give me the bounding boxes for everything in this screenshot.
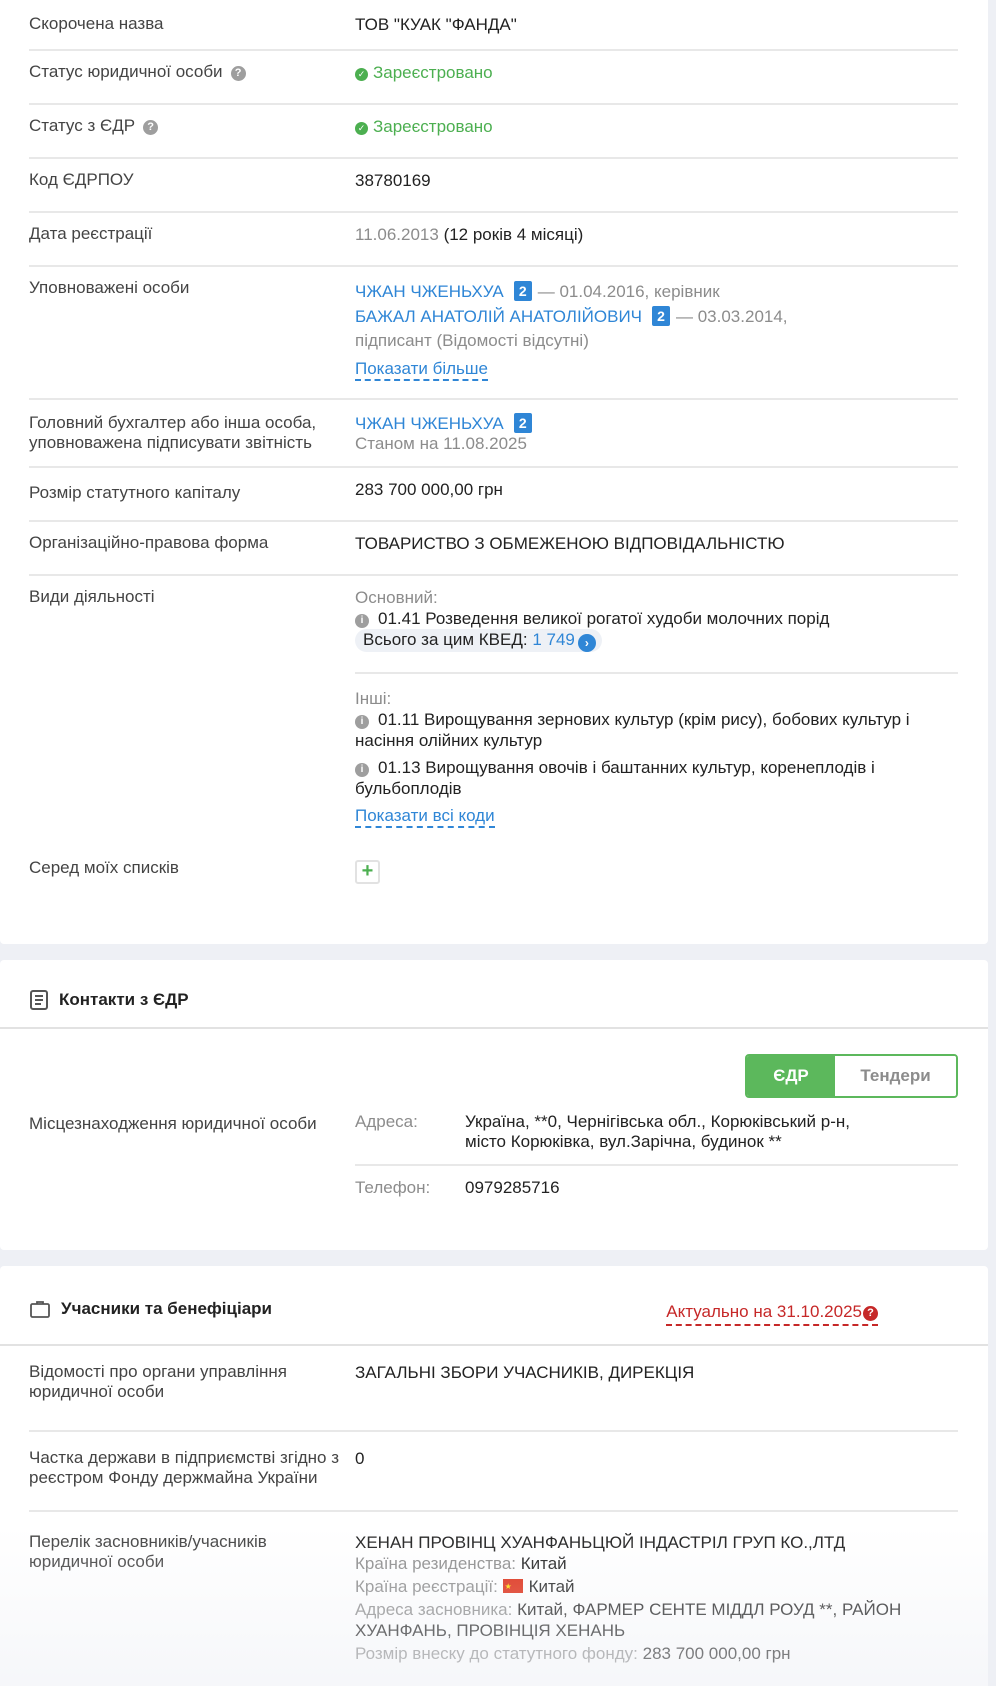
count-badge[interactable]: 2 bbox=[514, 281, 532, 301]
capital-label: Розмір статутного капіталу bbox=[29, 479, 355, 508]
reg-date-value: 11.06.2013 bbox=[355, 225, 439, 244]
edr-status-label: Статус з ЄДР bbox=[29, 116, 135, 135]
show-more-link[interactable]: Показати більше bbox=[355, 359, 488, 381]
authorized-person: ЧЖАН ЧЖЕНЬХУА2— 01.04.2016, керівник bbox=[355, 278, 958, 305]
accountant-as-of: Станом на 11.08.2025 bbox=[355, 434, 958, 454]
china-flag-icon bbox=[503, 1579, 523, 1593]
tab-tenders[interactable]: Тендери bbox=[835, 1056, 956, 1096]
row-governance: Відомості про органи управління юридично… bbox=[29, 1346, 958, 1432]
state-share-label: Частка держави в підприємстві згідно з р… bbox=[29, 1448, 355, 1488]
other-activity: i01.13 Вирощування овочів і баштанних ку… bbox=[355, 757, 958, 799]
short-name-value: ТОВ "КУАК "ФАНДА" bbox=[355, 14, 958, 37]
authorized-person: БАЖАЛ АНАТОЛІЙ АНАТОЛІЙОВИЧ2— 03.03.2014… bbox=[355, 305, 958, 353]
reg-duration: (12 років 4 місяці) bbox=[444, 225, 584, 244]
row-capital: Розмір статутного капіталу 283 700 000,0… bbox=[29, 468, 958, 522]
address-key: Адреса: bbox=[355, 1112, 465, 1152]
phone-key: Телефон: bbox=[355, 1178, 465, 1198]
legal-status-value: Зареєстровано bbox=[373, 63, 493, 82]
row-state-share: Частка держави в підприємстві згідно з р… bbox=[29, 1432, 958, 1512]
row-founders: Перелік засновників/учасників юридичної … bbox=[29, 1512, 958, 1676]
document-icon bbox=[30, 990, 48, 1010]
count-badge[interactable]: 2 bbox=[652, 306, 670, 326]
other-activity: i01.11 Вирощування зернових культур (крі… bbox=[355, 709, 958, 751]
kved-total[interactable]: Всього за цим КВЕД: 1 749› bbox=[355, 629, 602, 652]
tab-edr[interactable]: ЄДР bbox=[747, 1056, 835, 1096]
row-edrpou: Код ЄДРПОУ 38780169 bbox=[29, 159, 958, 213]
founders-label: Перелік засновників/учасників юридичної … bbox=[29, 1532, 355, 1664]
main-activity: i01.41 Розведення великої рогатої худоби… bbox=[355, 608, 958, 629]
main-activity-title: Основний: bbox=[355, 587, 958, 608]
chevron-right-icon: › bbox=[578, 634, 596, 652]
edr-status-value: Зареєстровано bbox=[373, 117, 493, 136]
participants-header: Учасники та бенефіціари Актуально на 31.… bbox=[0, 1266, 988, 1346]
location-label: Місцезнаходження юридичної особи bbox=[29, 1100, 355, 1210]
count-badge[interactable]: 2 bbox=[514, 413, 532, 433]
row-legal-status: Статус юридичної особи? ✓Зареєстровано bbox=[29, 51, 958, 105]
participants-card: Учасники та бенефіціари Актуально на 31.… bbox=[0, 1266, 988, 1686]
check-circle-icon: ✓ bbox=[355, 122, 368, 135]
contacts-header: Контакти з ЄДР bbox=[0, 960, 988, 1029]
legal-form-label: Організаційно-правова форма bbox=[29, 533, 355, 562]
row-authorized-persons: Уповноважені особи ЧЖАН ЧЖЕНЬХУА2— 01.04… bbox=[29, 267, 958, 400]
contacts-title: Контакти з ЄДР bbox=[59, 990, 189, 1010]
activities-label: Види діяльності bbox=[29, 587, 355, 826]
help-icon[interactable]: ? bbox=[863, 1306, 878, 1321]
add-to-list-button[interactable]: + bbox=[355, 860, 380, 884]
row-short-name: Скорочена назва ТОВ "КУАК "ФАНДА" bbox=[29, 0, 958, 51]
page-scrollbar-track[interactable] bbox=[988, 0, 996, 1686]
row-location: Місцезнаходження юридичної особи Адреса:… bbox=[29, 1100, 958, 1210]
source-toggle: ЄДР Тендери bbox=[745, 1054, 958, 1098]
row-accountant: Головний бухгалтер або інша особа, уповн… bbox=[29, 400, 958, 468]
accountant-label: Головний бухгалтер або інша особа, уповн… bbox=[29, 413, 355, 454]
row-my-lists: Серед моїх списків + bbox=[29, 844, 958, 944]
person-link[interactable]: БАЖАЛ АНАТОЛІЙ АНАТОЛІЙОВИЧ bbox=[355, 307, 642, 326]
check-circle-icon: ✓ bbox=[355, 68, 368, 81]
row-reg-date: Дата реєстрації 11.06.2013 (12 років 4 м… bbox=[29, 213, 958, 267]
help-icon[interactable]: ? bbox=[143, 120, 158, 135]
actual-date-link[interactable]: Актуально на 31.10.2025? bbox=[666, 1302, 878, 1326]
row-legal-form: Організаційно-правова форма ТОВАРИСТВО З… bbox=[29, 522, 958, 576]
governance-label: Відомості про органи управління юридично… bbox=[29, 1362, 355, 1402]
info-icon[interactable]: i bbox=[355, 763, 369, 777]
my-lists-label: Серед моїх списків bbox=[29, 858, 355, 932]
company-info-card: Скорочена назва ТОВ "КУАК "ФАНДА" Статус… bbox=[0, 0, 988, 944]
authorized-label: Уповноважені особи bbox=[29, 278, 355, 382]
info-icon[interactable]: i bbox=[355, 614, 369, 628]
edrpou-value: 38780169 bbox=[355, 170, 958, 199]
other-activities-title: Інші: bbox=[355, 688, 958, 709]
row-edr-status: Статус з ЄДР? ✓Зареєстровано bbox=[29, 105, 958, 159]
legal-form-value: ТОВАРИСТВО З ОБМЕЖЕНОЮ ВІДПОВІДАЛЬНІСТЮ bbox=[355, 533, 958, 562]
phone-value[interactable]: 0979285716 bbox=[465, 1178, 560, 1198]
address-value: Україна, **0, Чернігівська обл., Корюків… bbox=[465, 1112, 958, 1152]
reg-date-label: Дата реєстрації bbox=[29, 224, 355, 253]
briefcase-icon bbox=[30, 1300, 50, 1318]
person-link[interactable]: ЧЖАН ЧЖЕНЬХУА bbox=[355, 282, 504, 301]
show-all-codes-link[interactable]: Показати всі коди bbox=[355, 806, 495, 828]
participants-title: Учасники та бенефіціари bbox=[61, 1299, 272, 1319]
state-share-value: 0 bbox=[355, 1448, 958, 1488]
row-activities: Види діяльності Основний: i01.41 Розведе… bbox=[29, 576, 958, 844]
founder-name: ХЕНАН ПРОВІНЦ ХУАНФАНЬЦЮЙ ІНДАСТРІЛ ГРУП… bbox=[355, 1532, 958, 1553]
edrpou-label: Код ЄДРПОУ bbox=[29, 170, 355, 199]
legal-status-label: Статус юридичної особи bbox=[29, 62, 223, 81]
capital-value: 283 700 000,00 грн bbox=[355, 479, 958, 508]
info-icon[interactable]: i bbox=[355, 715, 369, 729]
accountant-link[interactable]: ЧЖАН ЧЖЕНЬХУА bbox=[355, 414, 504, 433]
contacts-card: Контакти з ЄДР ЄДР Тендери Місцезнаходже… bbox=[0, 960, 988, 1250]
help-icon[interactable]: ? bbox=[231, 66, 246, 81]
governance-value: ЗАГАЛЬНІ ЗБОРИ УЧАСНИКІВ, ДИРЕКЦІЯ bbox=[355, 1362, 958, 1402]
short-name-label: Скорочена назва bbox=[29, 14, 355, 37]
divider bbox=[355, 672, 958, 674]
